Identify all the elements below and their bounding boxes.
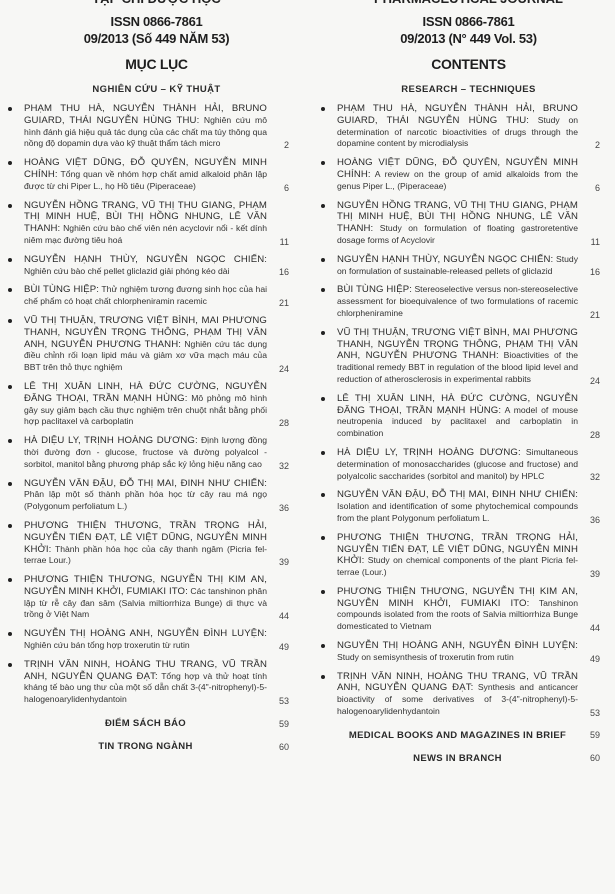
- footer-page-number: 59: [578, 730, 600, 740]
- toc-entry[interactable]: PHẠM THU HÀ, NGUYỄN THÀNH HẢI, BRUNO GUI…: [337, 103, 600, 150]
- issue-info: 09/2013 (Số 449 NĂM 53): [24, 31, 289, 46]
- bullet-icon: [321, 107, 325, 111]
- entry-text: BÙI TÙNG HIỆP: Stereoselective versus no…: [337, 284, 578, 319]
- entry-authors: NGUYỄN VĂN ĐẬU, ĐỖ THỊ MAI, ĐINH NHƯ CHI…: [24, 478, 267, 489]
- toc-footer-item[interactable]: MEDICAL BOOKS AND MAGAZINES IN BRIEF59: [337, 730, 600, 741]
- toc-footer-item[interactable]: ĐIỂM SÁCH BÁO59: [24, 718, 289, 729]
- toc-entry[interactable]: PHƯƠNG THIỆN THƯƠNG, NGUYỄN THỊ KIM AN, …: [337, 586, 600, 633]
- footer-section-label: ĐIỂM SÁCH BÁO: [24, 718, 267, 729]
- footer-page-number: 60: [267, 742, 289, 752]
- bullet-icon: [8, 288, 12, 292]
- entry-page-number: 53: [578, 708, 600, 718]
- bullet-icon: [8, 578, 12, 582]
- toc-entry[interactable]: TRỊNH VĂN NINH, HOÀNG THU TRANG, VŨ TRẦN…: [24, 659, 289, 706]
- entry-text: PHƯƠNG THIỆN THƯƠNG, TRẦN TRỌNG HẢI, NGU…: [24, 520, 267, 567]
- entry-text: NGUYỄN HỒNG TRANG, VŨ THỊ THU GIANG, PHẠ…: [24, 200, 267, 247]
- section-heading: RESEARCH – TECHNIQUES: [337, 84, 600, 95]
- bullet-icon: [8, 161, 12, 165]
- toc-entry[interactable]: LÊ THỊ XUÂN LINH, HÀ ĐỨC CƯỜNG, NGUYỄN Đ…: [24, 381, 289, 428]
- toc-entry[interactable]: PHẠM THU HÀ, NGUYỄN THÀNH HẢI, BRUNO GUI…: [24, 103, 289, 150]
- bullet-icon: [321, 536, 325, 540]
- toc-entry[interactable]: PHƯƠNG THIỆN THƯƠNG, TRẦN TRỌNG HẢI, NGU…: [337, 532, 600, 579]
- entry-text: HÀ DIỆU LY, TRỊNH HOÀNG DƯƠNG: Simultane…: [337, 447, 578, 482]
- entry-page-number: 6: [267, 183, 289, 193]
- bullet-icon: [8, 663, 12, 667]
- bullet-icon: [8, 107, 12, 111]
- journal-title: PHARMACEUTICAL JOURNAL: [337, 0, 600, 6]
- entry-page-number: 6: [578, 183, 600, 193]
- bullet-icon: [8, 319, 12, 323]
- entry-title: Nghiên cứu bào chế pellet gliclazid giải…: [24, 266, 229, 276]
- toc-entry[interactable]: NGUYỄN VĂN ĐẬU, ĐỖ THỊ MAI, ĐINH NHƯ CHI…: [24, 478, 289, 513]
- bullet-icon: [321, 451, 325, 455]
- toc-title: MỤC LỤC: [24, 56, 289, 72]
- entry-page-number: 16: [267, 267, 289, 277]
- bullet-icon: [8, 482, 12, 486]
- section-heading: NGHIÊN CỨU – KỸ THUẬT: [24, 84, 289, 95]
- entry-page-number: 32: [578, 472, 600, 482]
- toc-footer-item[interactable]: NEWS IN BRANCH60: [337, 753, 600, 764]
- entry-text: NGUYỄN HẠNH THÙY, NGUYỄN NGỌC CHIẾN: Stu…: [337, 254, 578, 278]
- bullet-icon: [8, 524, 12, 528]
- entry-text: BÙI TÙNG HIỆP: Thử nghiệm tương đương si…: [24, 284, 267, 308]
- toc-entry[interactable]: HOÀNG VIỆT DŨNG, ĐỖ QUYÊN, NGUYỄN MINH C…: [337, 157, 600, 192]
- toc-entry[interactable]: NGUYỄN THỊ HOÀNG ANH, NGUYỄN ĐÌNH LUYỆN:…: [24, 628, 289, 652]
- entry-authors: HÀ DIỆU LY, TRỊNH HOÀNG DƯƠNG:: [24, 435, 198, 446]
- entry-text: NGUYỄN THỊ HOÀNG ANH, NGUYỄN ĐÌNH LUYỆN:…: [337, 640, 578, 664]
- entry-text: HÀ DIỆU LY, TRỊNH HOÀNG DƯƠNG: Định lượn…: [24, 435, 267, 470]
- entry-text: PHƯƠNG THIỆN THƯƠNG, TRẦN TRỌNG HẢI, NGU…: [337, 532, 578, 579]
- entry-page-number: 49: [578, 654, 600, 664]
- entry-authors: BÙI TÙNG HIỆP:: [24, 284, 99, 295]
- toc-entry[interactable]: LÊ THỊ XUÂN LINH, HÀ ĐỨC CƯỜNG, NGUYỄN Đ…: [337, 393, 600, 440]
- entry-page-number: 11: [578, 237, 600, 247]
- bullet-icon: [321, 590, 325, 594]
- entry-page-number: 11: [267, 237, 289, 247]
- entry-page-number: 24: [267, 364, 289, 374]
- entry-text: VŨ THỊ THUẬN, TRƯƠNG VIỆT BÌNH, MAI PHƯƠ…: [337, 327, 578, 386]
- toc-entry[interactable]: HOÀNG VIỆT DŨNG, ĐỖ QUYÊN, NGUYỄN MINH C…: [24, 157, 289, 192]
- toc-entry[interactable]: NGUYỄN HẠNH THÙY, NGUYỄN NGỌC CHIẾN: Stu…: [337, 254, 600, 278]
- entry-title: Thành phần hóa học của cây thanh ngâm (P…: [24, 544, 267, 566]
- entry-text: NGUYỄN VĂN ĐẬU, ĐỖ THỊ MAI, ĐINH NHƯ CHI…: [337, 489, 578, 524]
- toc-page: TẠP CHÍ DƯỢC HỌC ISSN 0866-7861 09/2013 …: [0, 0, 615, 894]
- issn: ISSN 0866-7861: [337, 14, 600, 29]
- entry-title: Nghiên cứu bán tổng hợp troxerutin từ ru…: [24, 640, 190, 650]
- footer-section-label: MEDICAL BOOKS AND MAGAZINES IN BRIEF: [337, 730, 578, 741]
- toc-footer: ĐIỂM SÁCH BÁO59TIN TRONG NGÀNH60: [24, 718, 289, 752]
- english-toc-column: PHARMACEUTICAL JOURNAL ISSN 0866-7861 09…: [307, 0, 614, 894]
- bullet-icon: [321, 288, 325, 292]
- entry-page-number: 21: [578, 310, 600, 320]
- journal-title: TẠP CHÍ DƯỢC HỌC: [24, 0, 289, 6]
- bullet-icon: [8, 439, 12, 443]
- toc-entry[interactable]: BÙI TÙNG HIỆP: Thử nghiệm tương đương si…: [24, 284, 289, 308]
- entry-text: NGUYỄN HỒNG TRANG, VŨ THỊ THU GIANG, PHẠ…: [337, 200, 578, 247]
- bullet-icon: [321, 258, 325, 262]
- footer-page-number: 60: [578, 753, 600, 763]
- entry-page-number: 44: [578, 623, 600, 633]
- entry-text: NGUYỄN VĂN ĐẬU, ĐỖ THỊ MAI, ĐINH NHƯ CHI…: [24, 478, 267, 513]
- toc-entry[interactable]: BÙI TÙNG HIỆP: Stereoselective versus no…: [337, 284, 600, 319]
- toc-entry[interactable]: NGUYỄN HỒNG TRANG, VŨ THỊ THU GIANG, PHẠ…: [337, 200, 600, 247]
- issn: ISSN 0866-7861: [24, 14, 289, 29]
- entry-title: Study on semisynthesis of troxerutin fro…: [337, 652, 514, 662]
- bullet-icon: [8, 204, 12, 208]
- toc-entry[interactable]: VŨ THỊ THUẬN, TRƯƠNG VIỆT BÌNH, MAI PHƯƠ…: [337, 327, 600, 386]
- entry-page-number: 21: [267, 298, 289, 308]
- entry-page-number: 28: [578, 430, 600, 440]
- toc-entry[interactable]: VŨ THỊ THUẬN, TRƯƠNG VIỆT BÌNH, MAI PHƯƠ…: [24, 315, 289, 374]
- bullet-icon: [321, 675, 325, 679]
- toc-entry[interactable]: HÀ DIỆU LY, TRỊNH HOÀNG DƯƠNG: Định lượn…: [24, 435, 289, 470]
- entry-authors: NGUYỄN THỊ HOÀNG ANH, NGUYỄN ĐÌNH LUYỆN:: [337, 640, 578, 651]
- entry-page-number: 36: [267, 503, 289, 513]
- toc-entry[interactable]: NGUYỄN HỒNG TRANG, VŨ THỊ THU GIANG, PHẠ…: [24, 200, 289, 247]
- entry-text: PHƯƠNG THIỆN THƯƠNG, NGUYỄN THỊ KIM AN, …: [337, 586, 578, 633]
- toc-entry[interactable]: NGUYỄN VĂN ĐẬU, ĐỖ THỊ MAI, ĐINH NHƯ CHI…: [337, 489, 600, 524]
- entry-title: Isolation and identification of some phy…: [337, 501, 578, 523]
- entry-text: PHẠM THU HÀ, NGUYỄN THÀNH HẢI, BRUNO GUI…: [337, 103, 578, 150]
- entry-authors: BÙI TÙNG HIỆP:: [337, 284, 412, 295]
- entry-page-number: 39: [578, 569, 600, 579]
- bullet-icon: [321, 331, 325, 335]
- entry-page-number: 36: [578, 515, 600, 525]
- footer-section-label: NEWS IN BRANCH: [337, 753, 578, 764]
- entry-text: NGUYỄN THỊ HOÀNG ANH, NGUYỄN ĐÌNH LUYỆN:…: [24, 628, 267, 652]
- toc-entries: PHẠM THU HÀ, NGUYỄN THÀNH HẢI, BRUNO GUI…: [24, 103, 289, 706]
- entry-authors: HÀ DIỆU LY, TRỊNH HOÀNG DƯƠNG:: [337, 447, 521, 458]
- entry-page-number: 32: [267, 461, 289, 471]
- entry-text: HOÀNG VIỆT DŨNG, ĐỖ QUYÊN, NGUYỄN MINH C…: [24, 157, 267, 192]
- entry-text: TRỊNH VĂN NINH, HOÀNG THU TRANG, VŨ TRẦN…: [24, 659, 267, 706]
- entry-authors: NGUYỄN HẠNH THÙY, NGUYỄN NGỌC CHIẾN:: [24, 254, 267, 265]
- entry-page-number: 44: [267, 611, 289, 621]
- entry-text: NGUYỄN HẠNH THÙY, NGUYỄN NGỌC CHIẾN: Ngh…: [24, 254, 267, 278]
- toc-entries: PHẠM THU HÀ, NGUYỄN THÀNH HẢI, BRUNO GUI…: [337, 103, 600, 718]
- toc-entry[interactable]: PHƯƠNG THIỆN THƯƠNG, NGUYỄN THỊ KIM AN, …: [24, 574, 289, 621]
- entry-text: LÊ THỊ XUÂN LINH, HÀ ĐỨC CƯỜNG, NGUYỄN Đ…: [337, 393, 578, 440]
- entry-title: Study on chemical components of the plan…: [337, 555, 578, 577]
- entry-title: A review on the group of amid alkaloids …: [337, 169, 578, 191]
- entry-page-number: 39: [267, 557, 289, 567]
- bullet-icon: [321, 161, 325, 165]
- entry-page-number: 16: [578, 267, 600, 277]
- entry-text: PHƯƠNG THIỆN THƯƠNG, NGUYỄN THỊ KIM AN, …: [24, 574, 267, 621]
- toc-entry[interactable]: PHƯƠNG THIỆN THƯƠNG, TRẦN TRỌNG HẢI, NGU…: [24, 520, 289, 567]
- bullet-icon: [321, 493, 325, 497]
- entry-page-number: 53: [267, 696, 289, 706]
- entry-title: Study on formulation of floating gastror…: [337, 223, 578, 245]
- entry-authors: NGUYỄN THỊ HOÀNG ANH, NGUYỄN ĐÌNH LUYỆN:: [24, 628, 267, 639]
- bullet-icon: [8, 385, 12, 389]
- bullet-icon: [321, 204, 325, 208]
- toc-entry[interactable]: HÀ DIỆU LY, TRỊNH HOÀNG DƯƠNG: Simultane…: [337, 447, 600, 482]
- footer-section-label: TIN TRONG NGÀNH: [24, 741, 267, 752]
- entry-text: TRỊNH VĂN NINH, HOÀNG THU TRANG, VŨ TRẦN…: [337, 671, 578, 718]
- toc-title: CONTENTS: [337, 56, 600, 72]
- footer-page-number: 59: [267, 719, 289, 729]
- entry-page-number: 2: [267, 140, 289, 150]
- toc-entry[interactable]: TRỊNH VĂN NINH, HOÀNG THU TRANG, VŨ TRẦN…: [337, 671, 600, 718]
- toc-footer-item[interactable]: TIN TRONG NGÀNH60: [24, 741, 289, 752]
- issue-info: 09/2013 (N° 449 Vol. 53): [337, 31, 600, 46]
- entry-text: LÊ THỊ XUÂN LINH, HÀ ĐỨC CƯỜNG, NGUYỄN Đ…: [24, 381, 267, 428]
- entry-text: PHẠM THU HÀ, NGUYỄN THÀNH HẢI, BRUNO GUI…: [24, 103, 267, 150]
- entry-page-number: 24: [578, 376, 600, 386]
- bullet-icon: [8, 632, 12, 636]
- entry-title: Phân lập một số thành phần hóa học từ câ…: [24, 489, 267, 511]
- toc-footer: MEDICAL BOOKS AND MAGAZINES IN BRIEF59NE…: [337, 730, 600, 764]
- entry-authors: NGUYỄN HẠNH THÙY, NGUYỄN NGỌC CHIẾN:: [337, 254, 553, 265]
- entry-page-number: 28: [267, 418, 289, 428]
- entry-authors: NGUYỄN VĂN ĐẬU, ĐỖ THỊ MAI, ĐINH NHƯ CHI…: [337, 489, 578, 500]
- vietnamese-toc-column: TẠP CHÍ DƯỢC HỌC ISSN 0866-7861 09/2013 …: [0, 0, 307, 894]
- entry-text: HOÀNG VIỆT DŨNG, ĐỖ QUYÊN, NGUYỄN MINH C…: [337, 157, 578, 192]
- entry-text: VŨ THỊ THUẬN, TRƯƠNG VIỆT BÌNH, MAI PHƯƠ…: [24, 315, 267, 374]
- toc-entry[interactable]: NGUYỄN HẠNH THÙY, NGUYỄN NGỌC CHIẾN: Ngh…: [24, 254, 289, 278]
- entry-page-number: 49: [267, 642, 289, 652]
- toc-entry[interactable]: NGUYỄN THỊ HOÀNG ANH, NGUYỄN ĐÌNH LUYỆN:…: [337, 640, 600, 664]
- entry-page-number: 2: [578, 140, 600, 150]
- bullet-icon: [321, 397, 325, 401]
- bullet-icon: [8, 258, 12, 262]
- entry-title: Nghiên cứu bào chế viên nén acyclovir nổ…: [24, 223, 267, 245]
- bullet-icon: [321, 644, 325, 648]
- entry-title: Tổng quan về nhóm hợp chất amid alkaloid…: [24, 169, 267, 191]
